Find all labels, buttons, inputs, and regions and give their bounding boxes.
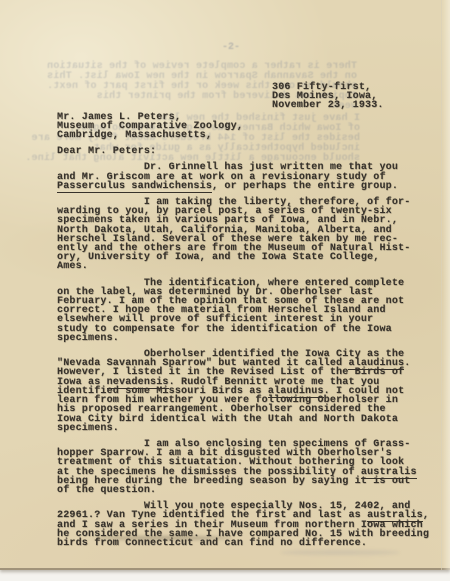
letter-content: 306 Fifty-first,Des Moines, Iowa,Novembe… — [57, 83, 437, 548]
text-line: ory, University of Iowa, and the Iowa St… — [57, 253, 437, 262]
paragraph: I am taking the liberty, therefore, of f… — [57, 198, 437, 272]
text-line: of the question. — [57, 486, 437, 495]
text-line: specimens. — [57, 424, 437, 433]
text-line: birds from Connecticut and can find no d… — [57, 539, 437, 548]
salutation: Dear Mr. Peters: — [57, 147, 437, 156]
text-segment: , or perhaps the entire group. — [212, 181, 398, 192]
paragraph: I am also enclosing ten specimens of Gra… — [57, 440, 437, 495]
bleedthrough-smudge — [280, 550, 400, 555]
text-line: Cambridge, Massachusetts, — [57, 131, 437, 140]
paragraph: Dr. Grinnell has just written me that yo… — [57, 163, 437, 191]
text-line: Ames. — [57, 262, 437, 271]
text-segment: , — [423, 510, 429, 521]
text-line: specimens. — [57, 334, 437, 343]
ghost-page-number: -2- — [222, 42, 240, 53]
paragraph: Oberholser identified the Iowa City as t… — [57, 350, 437, 433]
text-segment: . — [404, 358, 410, 369]
text-line: November 23, 1933. — [272, 101, 437, 110]
paper-right-edge — [441, 0, 450, 570]
paragraph: The identification, where entered comple… — [57, 279, 437, 343]
underlined-term: Passerculus sandwichensis — [57, 181, 212, 193]
recipient-address-block: Mr. James L. Peters,Museum of Comparativ… — [57, 113, 437, 141]
ink-smear — [93, 536, 233, 540]
scanned-letter: -2- There is rather a complete review of… — [0, 0, 450, 581]
paragraph: Will you note especially Nos. 15, 2402, … — [57, 502, 437, 548]
letter-body: Dr. Grinnell has just written me that yo… — [57, 163, 437, 548]
text-line: Passerculus sandwichensis, or perhaps th… — [57, 182, 437, 191]
dateline-block: 306 Fifty-first,Des Moines, Iowa,Novembe… — [272, 83, 437, 111]
